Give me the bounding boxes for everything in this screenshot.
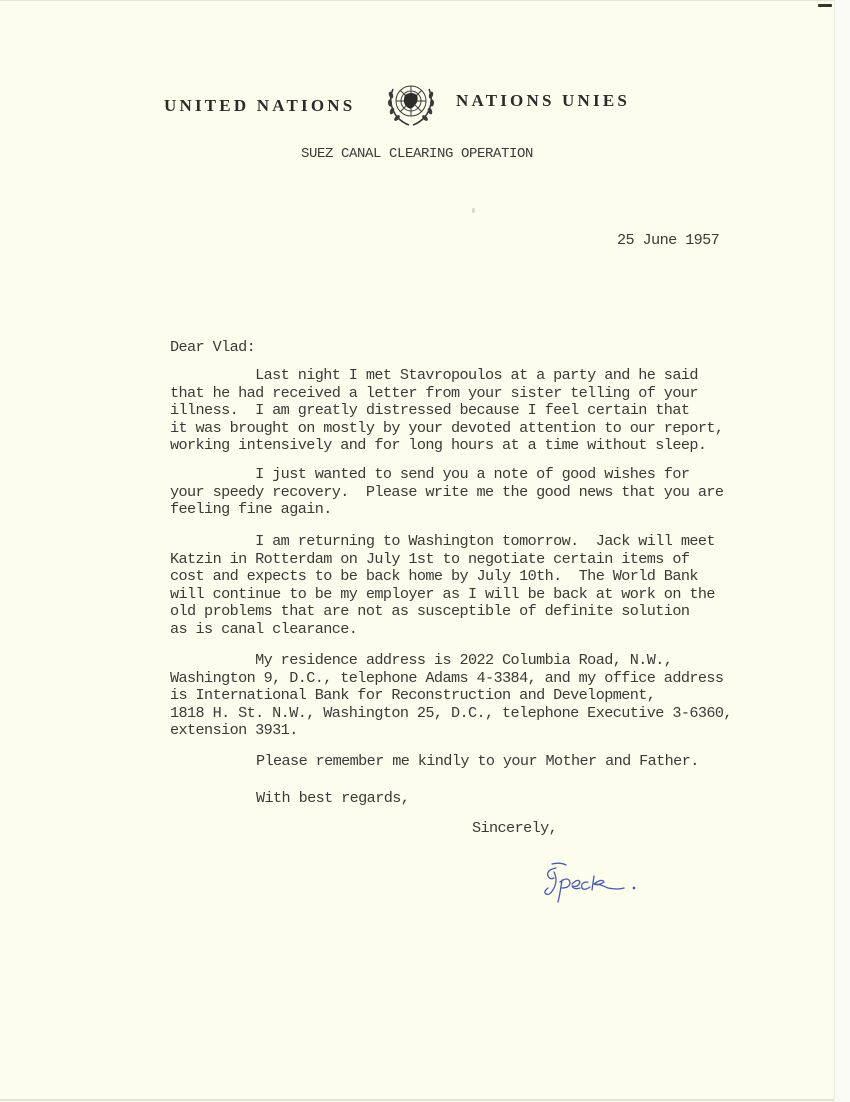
regards-line: With best regards, <box>256 789 409 807</box>
closing-line: Please remember me kindly to your Mother… <box>256 752 699 770</box>
scan-margin <box>835 0 850 1102</box>
page-top-edge <box>0 0 834 1</box>
paper-speck <box>472 208 475 213</box>
letter-salutation: Dear Vlad: <box>170 338 255 356</box>
scan-corner-mark <box>818 4 832 7</box>
letter-date: 25 June 1957 <box>617 231 719 249</box>
letter-page: UNITED NATIONS NATIONS UNIES SUEZ <box>0 0 835 1100</box>
body-paragraph: I just wanted to send you a note of good… <box>170 466 723 519</box>
page-bottom-edge <box>0 1099 834 1101</box>
sign-off: Sincerely, <box>472 819 557 837</box>
letterhead-org-french: NATIONS UNIES <box>456 91 630 111</box>
body-paragraph: I am returning to Washington tomorrow. J… <box>170 533 715 638</box>
body-paragraph: My residence address is 2022 Columbia Ro… <box>170 652 732 740</box>
un-emblem-icon <box>385 79 437 129</box>
body-paragraph: Last night I met Stavropoulos at a party… <box>170 367 723 455</box>
handwritten-signature: Speck. <box>538 858 648 908</box>
letterhead-org-english: UNITED NATIONS <box>164 96 355 116</box>
letterhead-division: SUEZ CANAL CLEARING OPERATION <box>301 146 533 162</box>
